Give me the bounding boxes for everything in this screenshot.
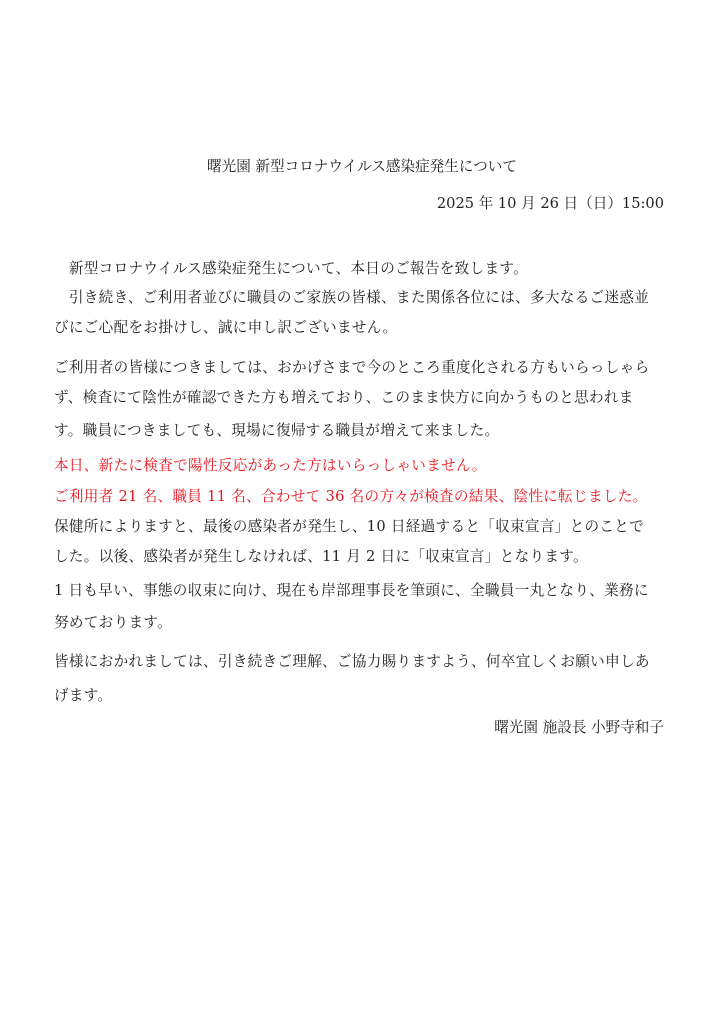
- body-line: びにご心配をお掛けし、誠に申し訳ございません。: [54, 318, 664, 338]
- body-line: ず、検査にて陰性が確認できた方も増えており、このまま快方に向かうものと思われま: [54, 388, 664, 408]
- body-line: 新型コロナウイルス感染症発生について、本日のご報告を致します。: [54, 259, 664, 279]
- document-date: 2025 年 10 月 26 日（日）15:00: [437, 194, 664, 214]
- body-line: 保健所によりますと、最後の感染者が発生し、10 日経過すると「収束宣言」とのこと…: [54, 517, 664, 537]
- body-line: 引き続き、ご利用者並びに職員のご家族の皆様、また関係各位には、多大なるご迷惑並: [54, 288, 664, 308]
- highlight-line: 本日、新たに検査で陽性反応があった方はいらっしゃいません。: [54, 456, 664, 476]
- body-line: 努めております。: [54, 613, 664, 633]
- body-line: 1 日も早い、事態の収束に向け、現在も岸部理事長を筆頭に、全職員一丸となり、業務…: [54, 581, 664, 601]
- body-line: す。職員につきましても、現場に復帰する職員が増えて来ました。: [54, 421, 664, 441]
- signature: 曙光園 施設長 小野寺和子: [494, 718, 664, 738]
- body-line: 皆様におかれましては、引き続きご理解、ご協力賜りますよう、何卒宜しくお願い申しあ: [54, 652, 664, 672]
- highlight-line: ご利用者 21 名、職員 11 名、合わせて 36 名の方々が検査の結果、陰性に…: [54, 487, 664, 507]
- body-line: げます。: [54, 686, 664, 706]
- body-line: した。以後、感染者が発生しなければ、11 月 2 日に「収束宣言」となります。: [54, 547, 664, 567]
- document-page: 曙光園 新型コロナウイルス感染症発生について 2025 年 10 月 26 日（…: [0, 0, 724, 1024]
- document-title: 曙光園 新型コロナウイルス感染症発生について: [0, 157, 724, 177]
- body-line: ご利用者の皆様につきましては、おかげさまで今のところ重度化される方もいらっしゃら: [54, 358, 664, 378]
